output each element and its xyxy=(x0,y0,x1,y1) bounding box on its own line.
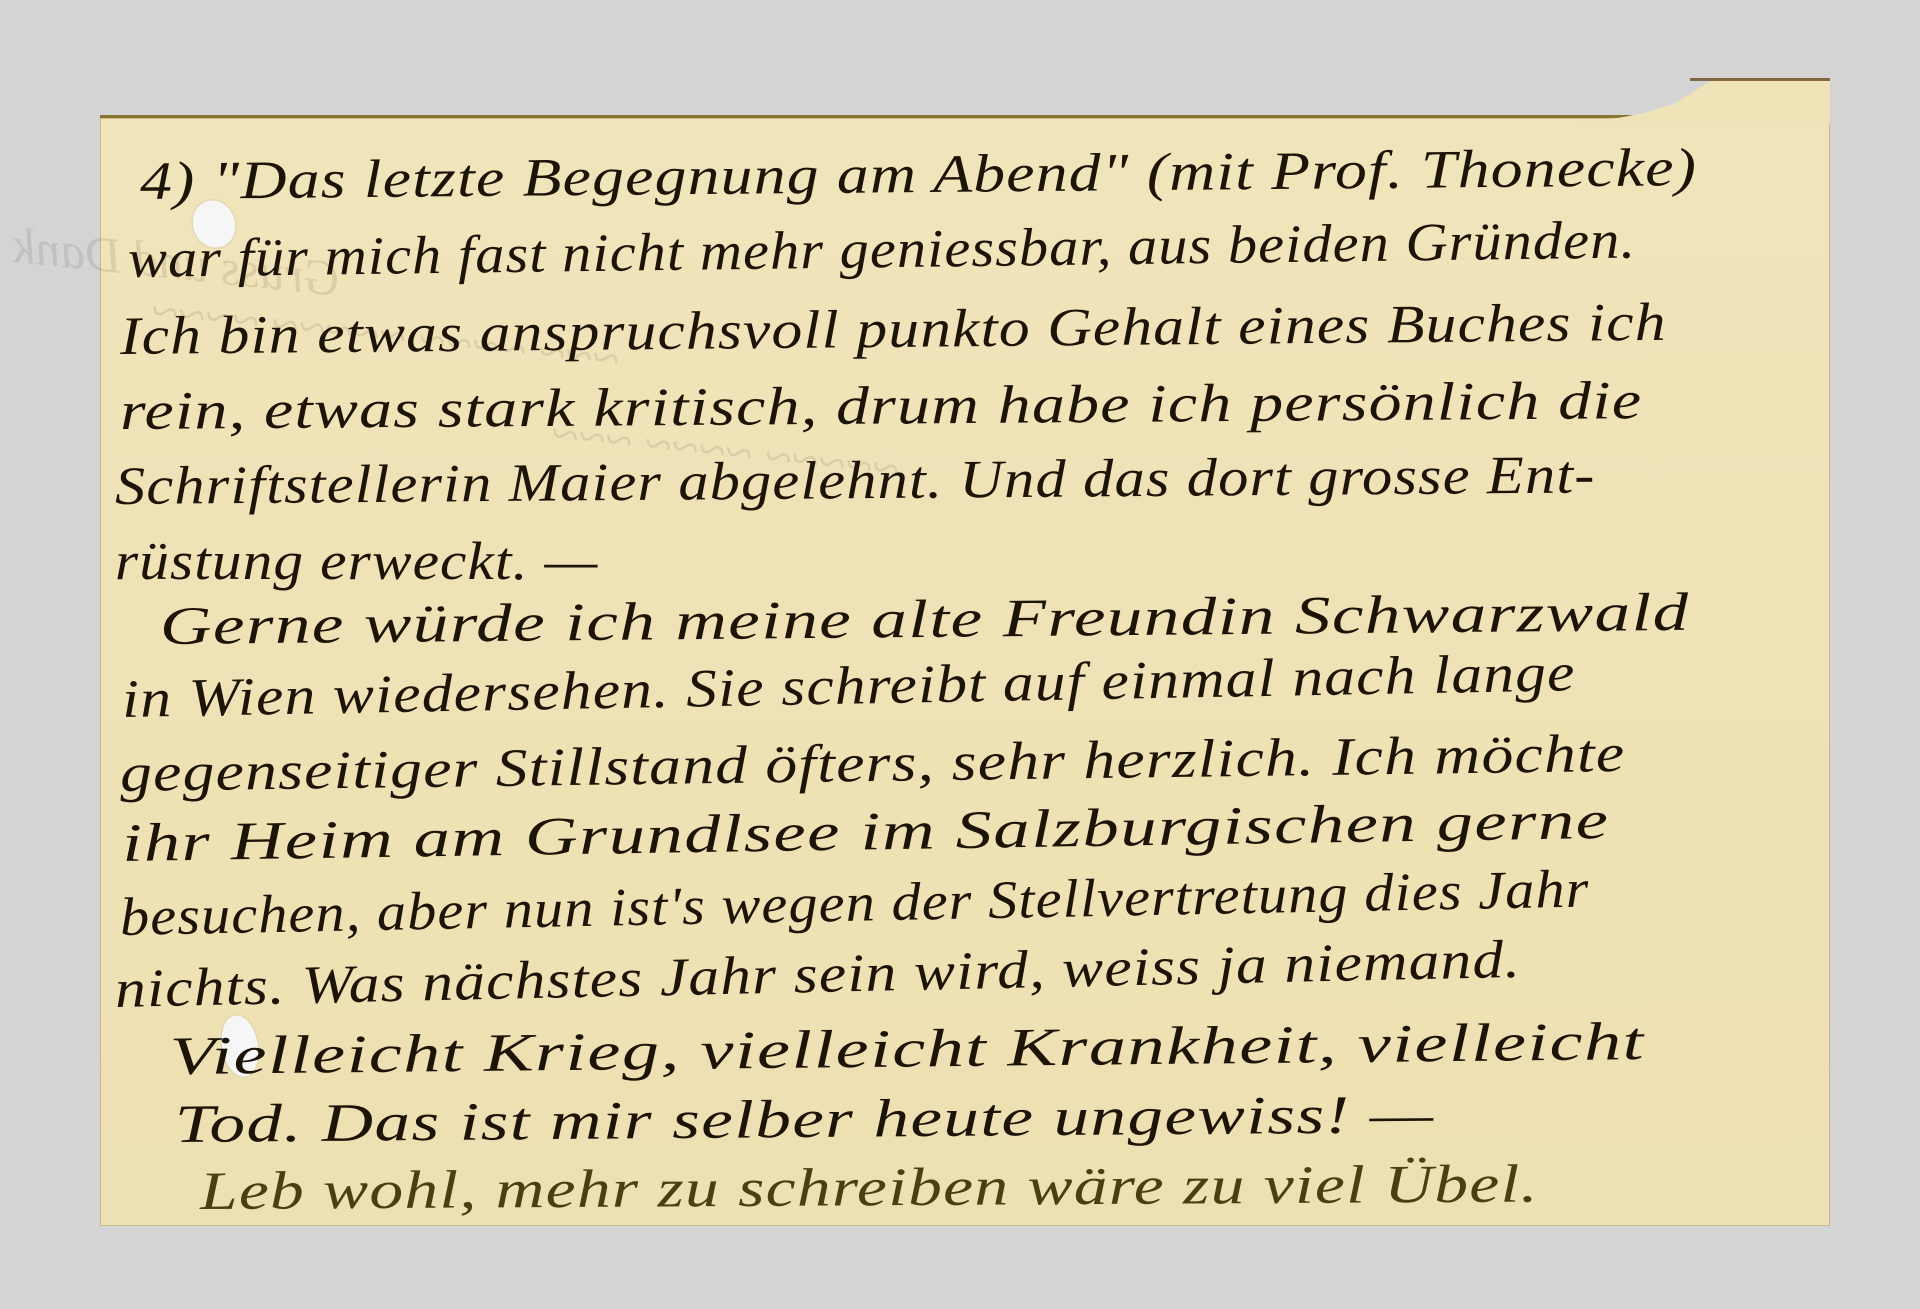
letter-line: Leb wohl, mehr zu schreiben wäre zu viel… xyxy=(200,1153,1539,1222)
letter-line: rüstung erweckt. — xyxy=(115,530,598,592)
letter-line: rein, etwas stark kritisch, drum habe ic… xyxy=(120,369,1643,442)
letter-line: Schriftstellerin Maier abgelehnt. Und da… xyxy=(115,443,1596,517)
torn-edge xyxy=(1690,78,1830,81)
letter-line: Tod. Das ist mir selber heute ungewiss! … xyxy=(175,1083,1435,1155)
